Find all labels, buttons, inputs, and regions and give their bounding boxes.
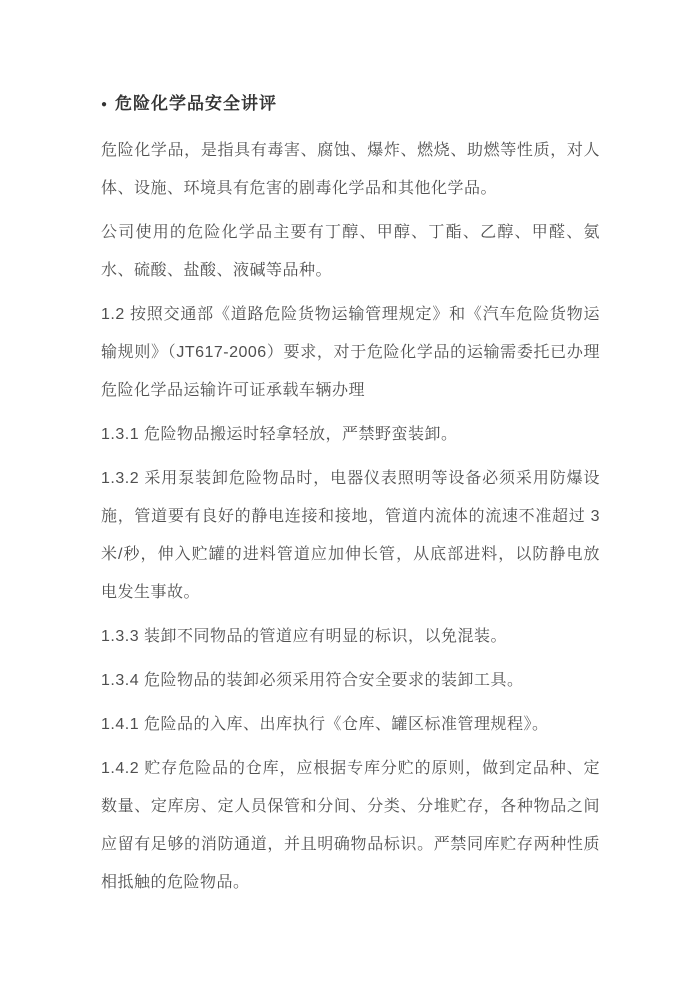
paragraph-1-3-3-pipe-marking: 1.3.3 装卸不同物品的管道应有明显的标识，以免混装。 — [101, 618, 600, 656]
document-page: ●危险化学品安全讲评 危险化学品，是指具有毒害、腐蚀、爆炸、燃烧、助燃等性质，对… — [0, 0, 700, 990]
section-heading-text: 危险化学品安全讲评 — [115, 94, 277, 113]
paragraph-1-2-transport: 1.2 按照交通部《道路危险货物运输管理规定》和《汽车危险货物运输规则》（JT6… — [101, 296, 600, 410]
paragraph-definition: 危险化学品，是指具有毒害、腐蚀、爆炸、燃烧、助燃等性质，对人体、设施、环境具有危… — [101, 132, 600, 208]
paragraph-1-3-4-loading-tools: 1.3.4 危险物品的装卸必须采用符合安全要求的装卸工具。 — [101, 662, 600, 700]
paragraph-company-chemicals: 公司使用的危险化学品主要有丁醇、甲醇、丁酯、乙醇、甲醛、氨水、硫酸、盐酸、液碱等… — [101, 214, 600, 290]
paragraph-1-3-1-handling: 1.3.1 危险物品搬运时轻拿轻放，严禁野蛮装卸。 — [101, 416, 600, 454]
paragraph-1-4-1-warehouse-rules: 1.4.1 危险品的入库、出库执行《仓库、罐区标准管理规程》。 — [101, 706, 600, 744]
paragraph-1-4-2-storage: 1.4.2 贮存危险品的仓库，应根据专库分贮的原则，做到定品种、定数量、定库房、… — [101, 750, 600, 902]
section-heading: ●危险化学品安全讲评 — [101, 91, 600, 118]
bullet-icon: ● — [101, 92, 107, 118]
paragraph-1-3-2-pump-loading: 1.3.2 采用泵装卸危险物品时，电器仪表照明等设备必须采用防爆设施，管道要有良… — [101, 460, 600, 612]
